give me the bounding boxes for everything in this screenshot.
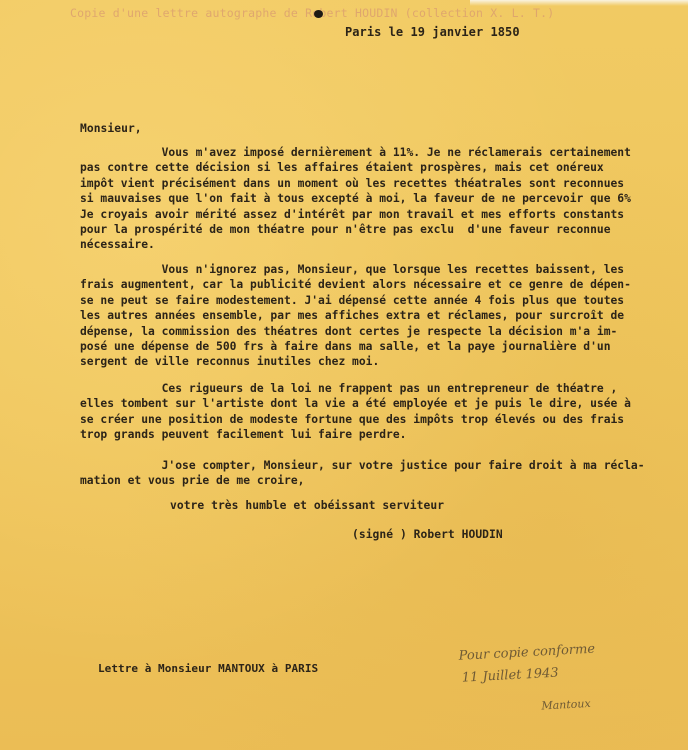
paragraph-1: Vous m'avez imposé dernièrement à 11%. J… bbox=[80, 145, 680, 253]
text-line: frais augmentent, car la publicité devie… bbox=[80, 277, 680, 292]
recipient-line: Lettre à Monsieur MANTOUX à PARIS bbox=[98, 661, 318, 676]
text-line: si mauvaises que l'on fait à tous except… bbox=[80, 191, 680, 206]
signature: (signé ) Robert HOUDIN bbox=[352, 527, 503, 542]
handwritten-certification: Pour copie conforme 11 Juillet 1943 Mant… bbox=[458, 634, 682, 721]
text-line: pas contre cette décision si les affaire… bbox=[80, 160, 680, 175]
text-line: sergent de ville reconnus inutiles chez … bbox=[80, 354, 680, 369]
text-line: nécessaire. bbox=[80, 237, 680, 252]
ink-blot bbox=[314, 10, 323, 18]
closing: votre très humble et obéissant serviteur bbox=[170, 498, 444, 513]
text-line: se ne peut se faire modestement. J'ai dé… bbox=[80, 293, 680, 308]
text-line: trop grands peuvent facilement lui faire… bbox=[80, 427, 680, 442]
text-line: J'ose compter, Monsieur, sur votre justi… bbox=[80, 458, 680, 473]
text-line: Vous n'ignorez pas, Monsieur, que lorsqu… bbox=[80, 262, 680, 277]
text-line: se créer une position de modeste fortune… bbox=[80, 412, 680, 427]
text-line: Ces rigueurs de la loi ne frappent pas u… bbox=[80, 381, 680, 396]
text-line: dépense, la commission des théatres dont… bbox=[80, 324, 680, 339]
text-line: pour la prospérité de mon théatre pour n… bbox=[80, 222, 680, 237]
text-line: Vous m'avez imposé dernièrement à 11%. J… bbox=[80, 145, 680, 160]
salutation: Monsieur, bbox=[80, 121, 142, 136]
paragraph-3: Ces rigueurs de la loi ne frappent pas u… bbox=[80, 381, 680, 443]
paragraph-4: J'ose compter, Monsieur, sur votre justi… bbox=[80, 458, 680, 489]
date-line: Paris le 19 janvier 1850 bbox=[345, 25, 520, 40]
text-line: les autres années ensemble, par mes affi… bbox=[80, 308, 680, 323]
text-line: elles tombent sur l'artiste dont la vie … bbox=[80, 396, 680, 411]
header-note: Copie d'une lettre autographe de Robert … bbox=[70, 6, 554, 20]
text-line: posé une dépense de 500 frs à faire dans… bbox=[80, 339, 680, 354]
text-line: mation et vous prie de me croire, bbox=[80, 473, 680, 488]
text-line: Je croyais avoir mérité assez d'intérêt … bbox=[80, 207, 680, 222]
paragraph-2: Vous n'ignorez pas, Monsieur, que lorsqu… bbox=[80, 262, 680, 370]
text-line: impôt vient précisément dans un moment o… bbox=[80, 176, 680, 191]
paper-background bbox=[0, 0, 688, 750]
